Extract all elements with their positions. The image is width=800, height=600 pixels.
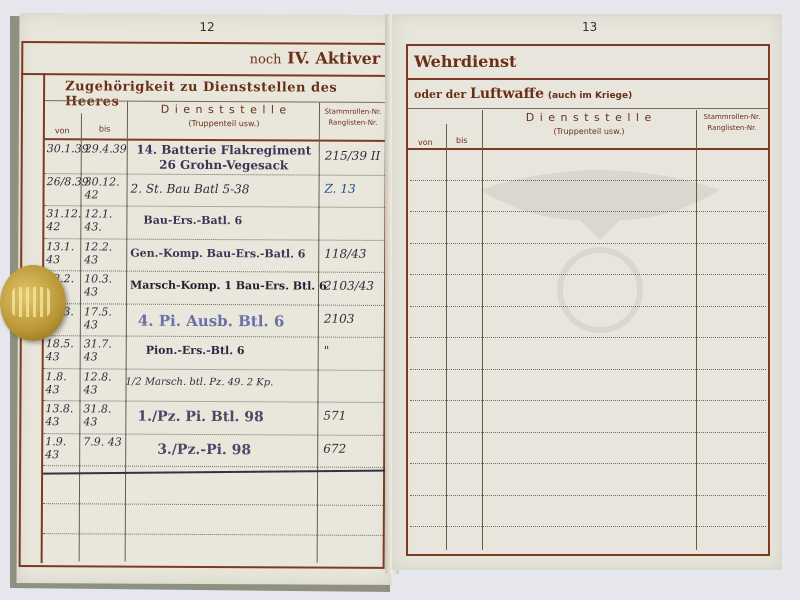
- entry-from-date: 18.5. 43: [46, 337, 80, 363]
- entry-unit: 1/2 Marsch. btl. Pz. 49. 2 Kp.: [126, 376, 274, 388]
- entry-roll-number: 2103: [324, 312, 355, 325]
- entry-to-date: 30.12. 42: [85, 175, 125, 201]
- entry-to-date: 31.8. 43: [83, 402, 123, 428]
- entry-unit: Gen.-Komp. Bau-Ers.-Batl. 6: [130, 246, 305, 260]
- entry-to-date: 12.8. 43: [83, 370, 123, 396]
- empty-row-divider: [410, 495, 766, 496]
- table-row: 11.3. 4317.5. 434. Pi. Ausb. Btl. 62103: [19, 13, 394, 15]
- right-subtitle-divider: [408, 108, 768, 109]
- left-rows: 30.1.3929.4.3914. Batterie Flakregiment …: [19, 13, 394, 15]
- entry-unit: 3./Pz.-Pi. 98: [157, 441, 251, 457]
- table-row: 1.8. 4312.8. 431/2 Marsch. btl. Pz. 49. …: [19, 13, 394, 15]
- table-row: 18.5. 4331.7. 43Pion.-Ers.-Btl. 6": [19, 13, 394, 15]
- entry-unit: 4. Pi. Ausb. Btl. 6: [138, 311, 285, 330]
- right-title: Wehrdienst: [414, 52, 516, 71]
- table-row: 1.9. 437.9. 433./Pz.-Pi. 98672: [19, 13, 394, 15]
- entry-roll-number: 118/43: [324, 247, 366, 260]
- coin-pattern-icon: [12, 287, 50, 317]
- entry-unit: 1./Pz. Pi. Btl. 98: [137, 409, 263, 426]
- right-col-roll-line1: Stammrollen-Nr.: [696, 112, 768, 123]
- title-main: IV. Aktiver: [287, 48, 380, 67]
- table-row: 31.12. 4212.1. 43.Bau-Ers.-Batl. 6: [19, 13, 394, 15]
- table-row: 30.1.3929.4.3914. Batterie Flakregiment …: [19, 13, 394, 15]
- entry-roll-number: Z. 13: [325, 182, 356, 195]
- entry-to-date: 12.2. 43: [84, 240, 124, 266]
- empty-row-divider: [410, 432, 766, 433]
- entry-roll-number: 672: [323, 442, 346, 455]
- left-page: 12 noch IV. Aktiver Zugehörigkeit zu Die…: [17, 13, 395, 585]
- entry-to-date: 10.3. 43: [84, 272, 124, 298]
- table-row: 13.8. 4331.8. 431./Pz. Pi. Btl. 98571: [19, 13, 394, 15]
- table-row: 13.1. 4312.2. 43Gen.-Komp. Bau-Ers.-Batl…: [19, 13, 394, 15]
- col-unit-sub: (Truppenteil usw.): [129, 118, 319, 130]
- entry-from-date: 1.8. 43: [45, 370, 79, 396]
- entry-roll-number: ": [324, 345, 330, 358]
- right-col-unit-sub: (Truppenteil usw.): [484, 126, 694, 137]
- entry-from-date: 30.1.39: [47, 142, 81, 155]
- page-number-left: 12: [199, 20, 214, 34]
- table-row: 13.2. 4310.3. 43Marsch-Komp. 1 Bau-Ers. …: [19, 13, 394, 15]
- entry-from-date: 31.12. 42: [46, 207, 80, 233]
- empty-row-divider: [410, 369, 766, 370]
- subtitle-note: (auch im Kriege): [548, 91, 632, 101]
- entry-unit: 2. St. Bau Batl 5-38: [131, 181, 250, 196]
- right-col-unit-title: D i e n s t s t e l l e: [484, 112, 694, 123]
- col-roll-line1: Stammrollen-Nr.: [321, 107, 385, 118]
- right-header-divider: [408, 148, 768, 150]
- right-col-roll-line2: Ranglisten-Nr.: [696, 123, 768, 134]
- entry-from-date: 26/8.39: [47, 175, 81, 188]
- subtitle-main: Luftwaffe: [470, 86, 544, 102]
- entry-unit: Pion.-Ers.-Btl. 6: [146, 344, 245, 358]
- entry-unit: Marsch-Komp. 1 Bau-Ers. Btl. 6: [130, 279, 327, 293]
- entry-to-date: 31.7. 43: [84, 337, 124, 363]
- left-title: noch IV. Aktiver: [250, 48, 381, 68]
- empty-row-divider: [410, 463, 766, 464]
- entry-roll-number: 2103/43: [324, 280, 374, 293]
- entry-from-date: 13.8. 43: [45, 402, 79, 428]
- entry-from-date: 1.9. 43: [45, 435, 79, 461]
- euro-coin: [0, 265, 66, 341]
- page-number-right: 13: [582, 20, 597, 34]
- col-from-label: von: [55, 126, 70, 135]
- title-prefix: noch: [250, 52, 282, 67]
- entry-roll-number: 571: [323, 410, 346, 423]
- entry-from-date: 13.1. 43: [46, 240, 80, 266]
- entry-unit: Bau-Ers.-Batl. 6: [143, 214, 242, 228]
- entry-to-date: 7.9. 43: [83, 435, 123, 448]
- entry-to-date: 29.4.39: [85, 142, 125, 155]
- eagle-watermark-icon: [470, 160, 730, 340]
- right-subtitle: oder der Luftwaffe (auch im Kriege): [414, 86, 632, 102]
- entry-roll-number: 215/39 II: [325, 150, 381, 163]
- entry-to-date: 12.1. 43.: [84, 207, 124, 233]
- empty-row-divider: [410, 526, 766, 527]
- col-roll-line2: Ranglisten-Nr.: [321, 118, 385, 129]
- col-unit-title: D i e n s t s t e l l e: [129, 104, 319, 116]
- right-col-to-label: bis: [456, 136, 467, 145]
- subtitle-prefix: oder der: [414, 88, 466, 101]
- entry-to-date: 17.5. 43: [84, 305, 124, 331]
- right-col-from-label: von: [418, 138, 433, 147]
- col-to-label: bis: [99, 124, 111, 133]
- empty-row-divider: [410, 400, 766, 401]
- entry-unit: 14. Batterie Flakregiment 26 Grohn-Veges…: [131, 143, 317, 174]
- table-row: 26/8.3930.12. 422. St. Bau Batl 5-38Z. 1…: [19, 13, 394, 15]
